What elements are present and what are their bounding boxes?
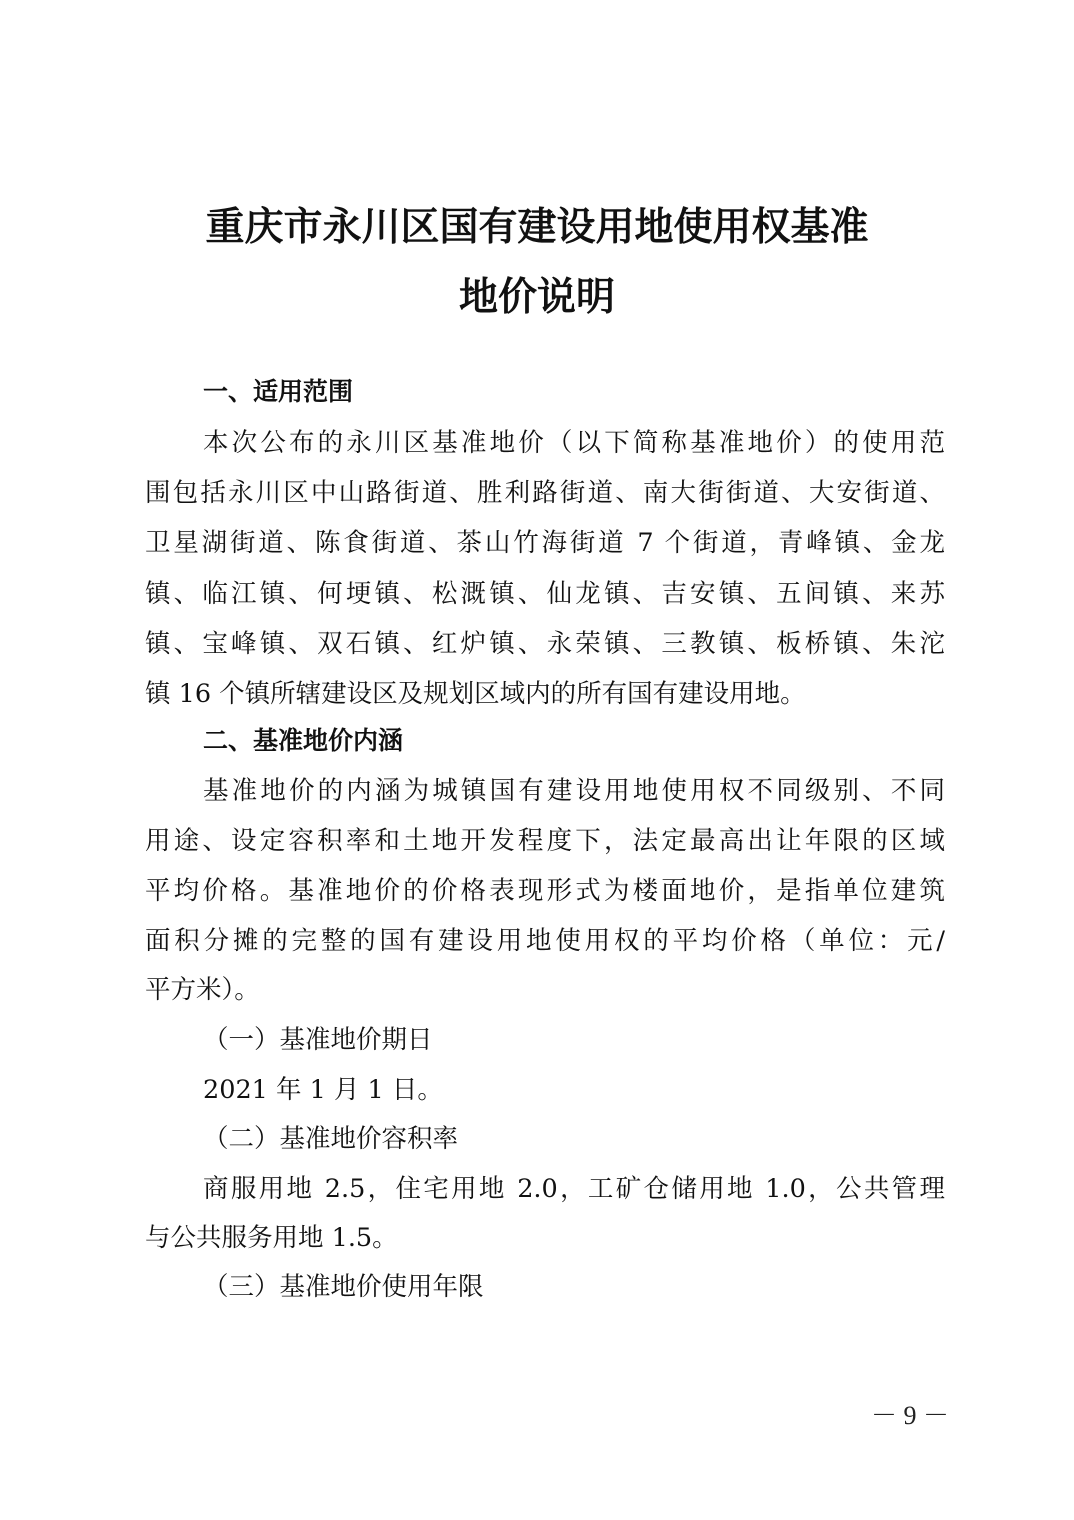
paragraph-line: 镇 16 个镇所辖建设区及规划区域内的所有国有建设用地。 <box>145 674 945 710</box>
section-heading-scope: 一、适用范围 <box>203 372 353 408</box>
paragraph-line: 基准地价的内涵为城镇国有建设用地使用权不同级别、不同 <box>203 771 945 807</box>
paragraph-line: 平方米）。 <box>145 970 945 1006</box>
document-title-line-1: 重庆市永川区国有建设用地使用权基准 <box>0 196 1074 252</box>
document-page: 重庆市永川区国有建设用地使用权基准 地价说明 一、适用范围 本次公布的永川区基准… <box>0 0 1074 1520</box>
subsection-heading-term: （三）基准地价使用年限 <box>203 1267 484 1303</box>
subsection-text-far: 商服用地 2.5，住宅用地 2.0，工矿仓储用地 1.0，公共管理 <box>203 1169 945 1205</box>
paragraph-line: 面积分摊的完整的国有建设用地使用权的平均价格（单位：元/ <box>145 921 945 957</box>
subsection-text-date: 2021 年 1 月 1 日。 <box>203 1070 443 1106</box>
paragraph-line: 用途、设定容积率和土地开发程度下，法定最高出让年限的区域 <box>145 821 945 857</box>
paragraph-line: 卫星湖街道、陈食街道、茶山竹海街道 7 个街道，青峰镇、金龙 <box>145 523 945 559</box>
section-heading-connotation: 二、基准地价内涵 <box>203 721 403 757</box>
page-number: － 9 － <box>870 1395 950 1432</box>
paragraph-line: 平均价格。基准地价的价格表现形式为楼面地价，是指单位建筑 <box>145 871 945 907</box>
subsection-heading-far: （二）基准地价容积率 <box>203 1119 458 1155</box>
paragraph-line: 镇、临江镇、何埂镇、松溉镇、仙龙镇、吉安镇、五间镇、来苏 <box>145 574 945 610</box>
subsection-text-far: 与公共服务用地 1.5。 <box>145 1218 945 1254</box>
paragraph-line: 围包括永川区中山路街道、胜利路街道、南大街街道、大安街道、 <box>145 473 945 509</box>
document-title-line-2: 地价说明 <box>0 266 1074 322</box>
paragraph-line: 镇、宝峰镇、双石镇、红炉镇、永荣镇、三教镇、板桥镇、朱沱 <box>145 624 945 660</box>
subsection-heading-date: （一）基准地价期日 <box>203 1020 433 1056</box>
paragraph-line: 本次公布的永川区基准地价（以下简称基准地价）的使用范 <box>203 423 945 459</box>
